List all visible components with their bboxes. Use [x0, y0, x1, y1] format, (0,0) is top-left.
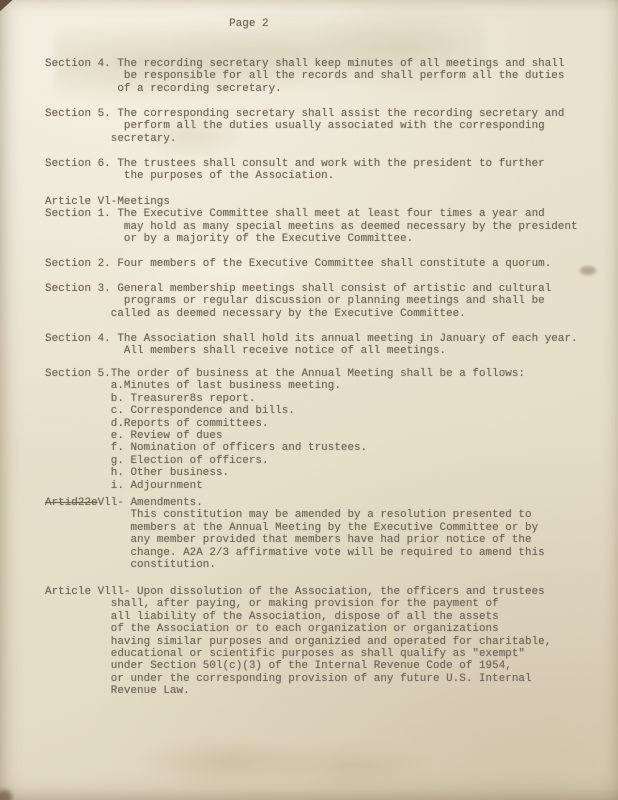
document-line: e. Review of dues — [45, 430, 525, 442]
document-line: d.Reports of committees. — [45, 418, 525, 430]
article-6-meetings: Article Vl-MeetingsSection 1. The Execut… — [45, 196, 578, 246]
section-5-order-of-business: Section 5.The order of business at the A… — [45, 368, 525, 492]
document-line: all liability of the Association, dispos… — [45, 611, 551, 623]
article-7-amendments: Artid22eVll- Amendments. This constituti… — [45, 497, 545, 571]
document-line: shall, after paying, or making provision… — [45, 598, 551, 610]
document-line: change. A2A 2/3 affirmative vote will be… — [45, 547, 545, 559]
document-line: h. Other business. — [45, 467, 525, 479]
document-line: having similar purposes and organizied a… — [45, 636, 551, 648]
document-line: All members shall receive notice of all … — [45, 345, 578, 357]
article-8-dissolution: Article Vlll- Upon dissolution of the As… — [45, 586, 551, 698]
ink-smudge-right-margin — [580, 266, 596, 275]
section-6-trustees: Section 6. The trustees shall consult an… — [45, 158, 545, 183]
document-line: educational or scientific purposes as sh… — [45, 648, 551, 660]
document-line: i. Adjournment — [45, 480, 525, 492]
document-line: members at the Annual Meeting by the Exe… — [45, 522, 545, 534]
document-line: Section 4. The recording secretary shall… — [45, 58, 564, 70]
document-line: of a recording secretary. — [45, 83, 564, 95]
document-line: This constitution may be amended by a re… — [45, 509, 545, 521]
document-line: or under the corresponding provision of … — [45, 673, 551, 685]
document-line: Section 5.The order of business at the A… — [45, 368, 525, 380]
document-line: constitution. — [45, 559, 545, 571]
document-line: may hold as many special meetins as deem… — [45, 221, 578, 233]
document-line: Section 4. The Association shall hold it… — [45, 333, 578, 345]
document-line: any member provided that members have ha… — [45, 534, 545, 546]
document-line: f. Nomination of officers and trustees. — [45, 442, 525, 454]
document-line: Section 1. The Executive Committee shall… — [45, 208, 578, 220]
document-line: Section 5. The corresponding secretary s… — [45, 108, 564, 120]
document-line: Section 2. Four members of the Executive… — [45, 258, 551, 270]
scanned-document-page: Page 2Section 4. The recording secretary… — [0, 0, 618, 800]
document-line: Page 2 — [45, 18, 269, 30]
document-line: Artid22eVll- Amendments. — [45, 497, 545, 509]
document-line: Section 3. General membership meetings s… — [45, 283, 551, 295]
section-4-annual-meeting: Section 4. The Association shall hold it… — [45, 333, 578, 358]
document-line: Article Vl-Meetings — [45, 196, 578, 208]
document-line: called as deemed necessary by the Execut… — [45, 308, 551, 320]
document-line: g. Election of officers. — [45, 455, 525, 467]
overstruck-text: Artid22e — [45, 497, 98, 509]
section-2-quorum: Section 2. Four members of the Executive… — [45, 258, 551, 270]
document-line: the purposes of the Association. — [45, 170, 545, 182]
page-number: Page 2 — [45, 18, 269, 30]
document-line: secretary. — [45, 133, 564, 145]
section-5-corresponding-secretary: Section 5. The corresponding secretary s… — [45, 108, 564, 145]
document-line: Section 6. The trustees shall consult an… — [45, 158, 545, 170]
bleed-through-stamp-ghost-bottom — [140, 730, 440, 795]
document-line: b. Treasurer8s report. — [45, 393, 525, 405]
document-line: of the Association or to each organizati… — [45, 623, 551, 635]
document-line: c. Correspondence and bills. — [45, 405, 525, 417]
document-line: under Section 50l(c)(3) of the Internal … — [45, 660, 551, 672]
document-line: a.Minutes of last business meeting. — [45, 380, 525, 392]
document-line: programs or regular discussion or planni… — [45, 295, 551, 307]
section-4-recording-secretary: Section 4. The recording secretary shall… — [45, 58, 564, 95]
section-3-general-meetings: Section 3. General membership meetings s… — [45, 283, 551, 320]
document-line: or by a majority of the Executive Commit… — [45, 233, 578, 245]
torn-corner-mark-top-left — [0, 0, 18, 15]
text-segment: Vll- Amendments. — [98, 497, 203, 509]
document-line: Article Vlll- Upon dissolution of the As… — [45, 586, 551, 598]
shadow-mark-bottom-left — [0, 790, 12, 800]
document-line: perform all the duties usually associate… — [45, 120, 564, 132]
document-line: be responsible for all the records and s… — [45, 70, 564, 82]
document-line: Revenue Law. — [45, 685, 551, 697]
